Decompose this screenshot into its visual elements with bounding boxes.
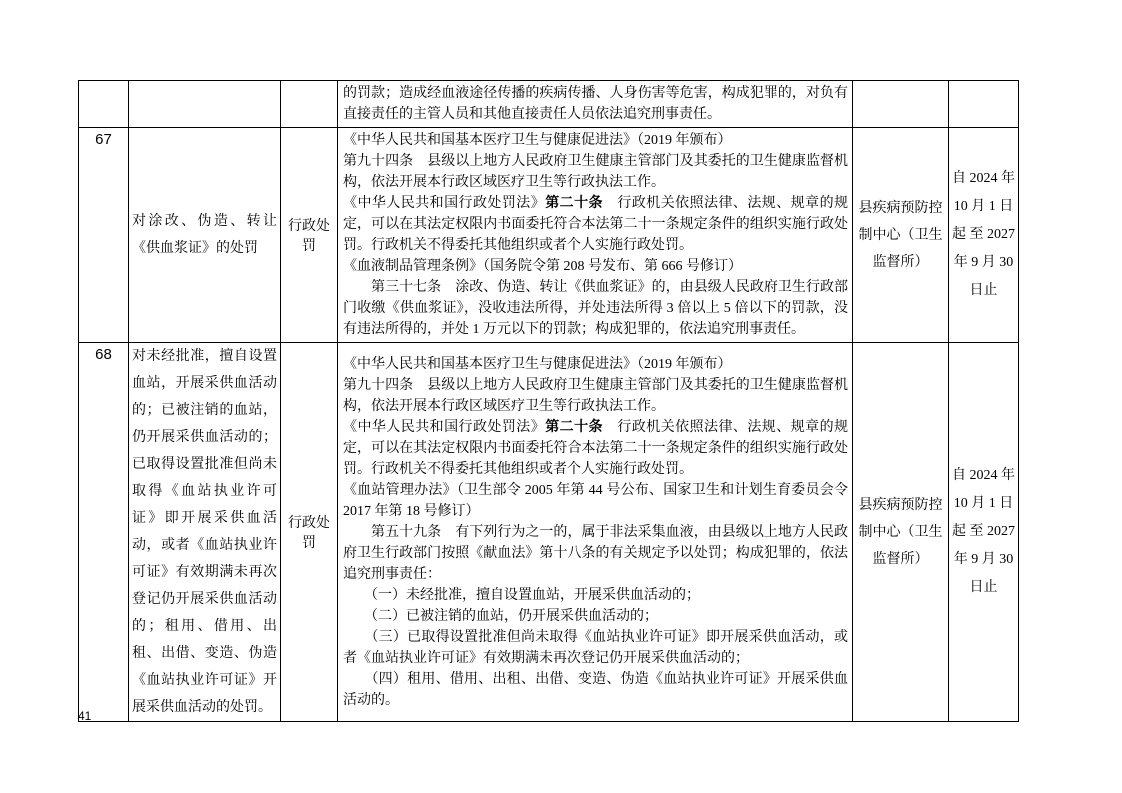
validity-cell: 自 2024 年 10 月 1 日起 至 2027 年 9 月 30 日止 bbox=[949, 128, 1019, 343]
item-cell bbox=[129, 81, 281, 128]
page-number: 41 bbox=[78, 709, 91, 723]
legal-basis-cell: 《中华人民共和国基本医疗卫生与健康促进法》（2019 年颁布）第九十四条 县级以… bbox=[338, 128, 853, 343]
table-row-continued: 的罚款；造成经血液途径传播的疾病传播、人身伤害等危害，构成犯罪的，对负有直接责任… bbox=[79, 81, 1019, 128]
penalty-type-cell: 行政处罚 bbox=[281, 128, 338, 343]
penalty-type-cell: 行政处罚 bbox=[281, 343, 338, 722]
row-number-cell: 67 bbox=[79, 128, 129, 343]
agency-cell: 县疾病预防控制中心（卫生监督所） bbox=[853, 128, 949, 343]
item-cell: 对未经批准，擅自设置血站，开展采供血活动的；已被注销的血站，仍开展采供血活动的；… bbox=[129, 343, 281, 722]
validity-cell: 自 2024 年 10 月 1 日起 至 2027 年 9 月 30 日止 bbox=[949, 343, 1019, 722]
penalty-items-table: 的罚款；造成经血液途径传播的疾病传播、人身伤害等危害，构成犯罪的，对负有直接责任… bbox=[78, 80, 1019, 722]
agency-cell bbox=[853, 81, 949, 128]
item-cell: 对涂改、伪造、转让《供血浆证》的处罚 bbox=[129, 128, 281, 343]
penalty-type-cell bbox=[281, 81, 338, 128]
table-row-67: 67 对涂改、伪造、转让《供血浆证》的处罚 行政处罚 《中华人民共和国基本医疗卫… bbox=[79, 128, 1019, 343]
legal-basis-cell: 的罚款；造成经血液途径传播的疾病传播、人身伤害等危害，构成犯罪的，对负有直接责任… bbox=[338, 81, 853, 128]
table-row-68: 68 对未经批准，擅自设置血站，开展采供血活动的；已被注销的血站，仍开展采供血活… bbox=[79, 343, 1019, 722]
document-page: { "page_number": "41", "colors": { "back… bbox=[0, 0, 1122, 793]
validity-cell bbox=[949, 81, 1019, 128]
legal-basis-cell: 《中华人民共和国基本医疗卫生与健康促进法》（2019 年颁布）第九十四条 县级以… bbox=[338, 343, 853, 722]
row-number-cell bbox=[79, 81, 129, 128]
row-number-cell: 68 bbox=[79, 343, 129, 722]
agency-cell: 县疾病预防控制中心（卫生监督所） bbox=[853, 343, 949, 722]
